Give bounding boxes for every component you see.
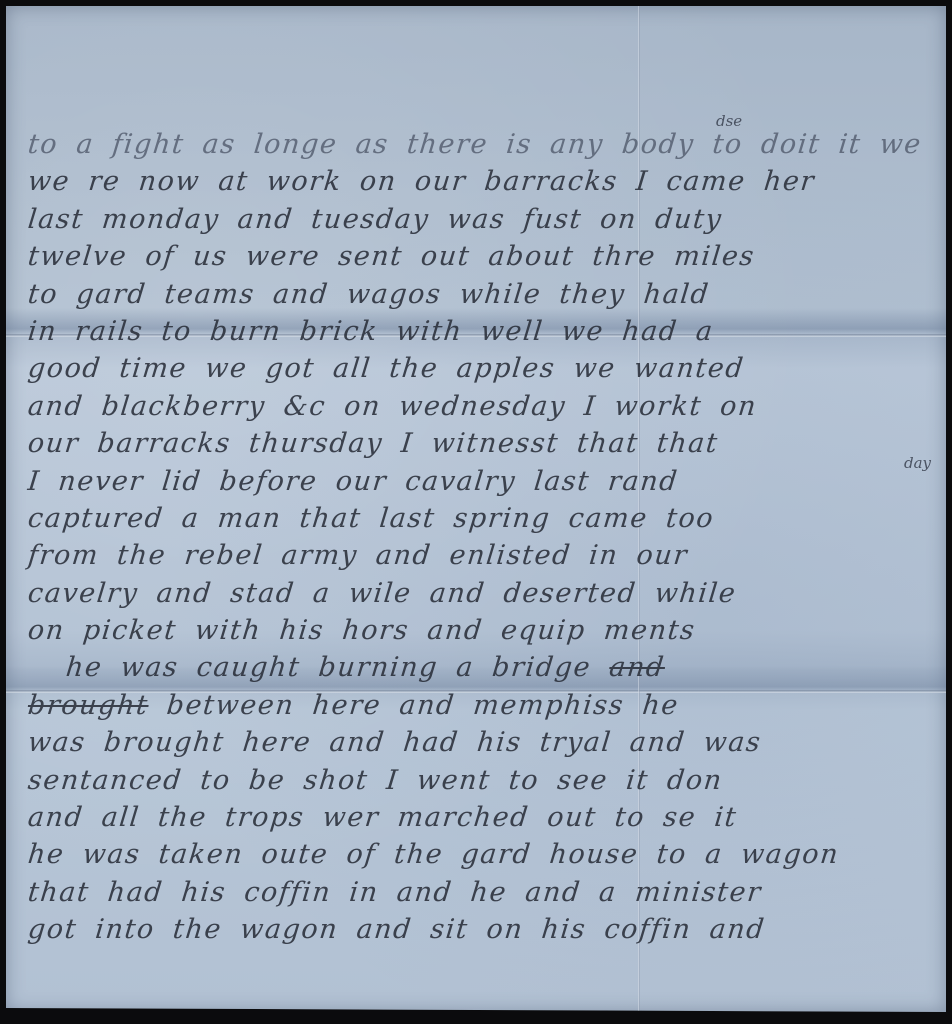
letter-line: and blackberry &c on wednesday I workt o… <box>26 388 930 425</box>
struck-word: and <box>608 652 667 683</box>
scanned-letter-page: dse day to a fight as longe as there is … <box>0 0 952 1024</box>
letter-line: sentanced to be shot I went to see it do… <box>26 762 930 799</box>
letter-line: good time we got all the apples we wante… <box>26 350 930 387</box>
letter-line: that had his coffin in and he and a mini… <box>26 874 930 911</box>
letter-line: got into the wagon and sit on his coffin… <box>26 911 930 948</box>
letter-body: to a fight as longe as there is any body… <box>26 126 926 949</box>
letter-line: he was caught burning a bridge and <box>26 649 930 686</box>
letter-line: captured a man that last spring came too <box>26 500 930 537</box>
letter-line: last monday and tuesday was fust on duty <box>26 201 930 238</box>
letter-line: brought between here and memphiss he <box>26 687 930 724</box>
letter-line: to a fight as longe as there is any body… <box>26 126 930 163</box>
letter-line: our barracks thursday I witnesst that th… <box>26 425 930 462</box>
letter-line: in rails to burn brick with well we had … <box>26 313 930 350</box>
letter-line: from the rebel army and enlisted in our <box>26 537 930 574</box>
letter-line: to gard teams and wagos while they hald <box>26 276 930 313</box>
letter-line: we re now at work on our barracks I came… <box>26 163 930 200</box>
letter-line: was brought here and had his tryal and w… <box>26 724 930 761</box>
letter-line: I never lid before our cavalry last rand <box>26 463 930 500</box>
letter-line: cavelry and stad a wile and deserted whi… <box>26 575 930 612</box>
letter-line: on picket with his hors and equip ments <box>26 612 930 649</box>
struck-word: brought <box>26 690 150 721</box>
letter-line: and all the trops wer marched out to se … <box>26 799 930 836</box>
letter-line: he was taken oute of the gard house to a… <box>26 836 930 873</box>
letter-line: twelve of us were sent out about thre mi… <box>26 238 930 275</box>
